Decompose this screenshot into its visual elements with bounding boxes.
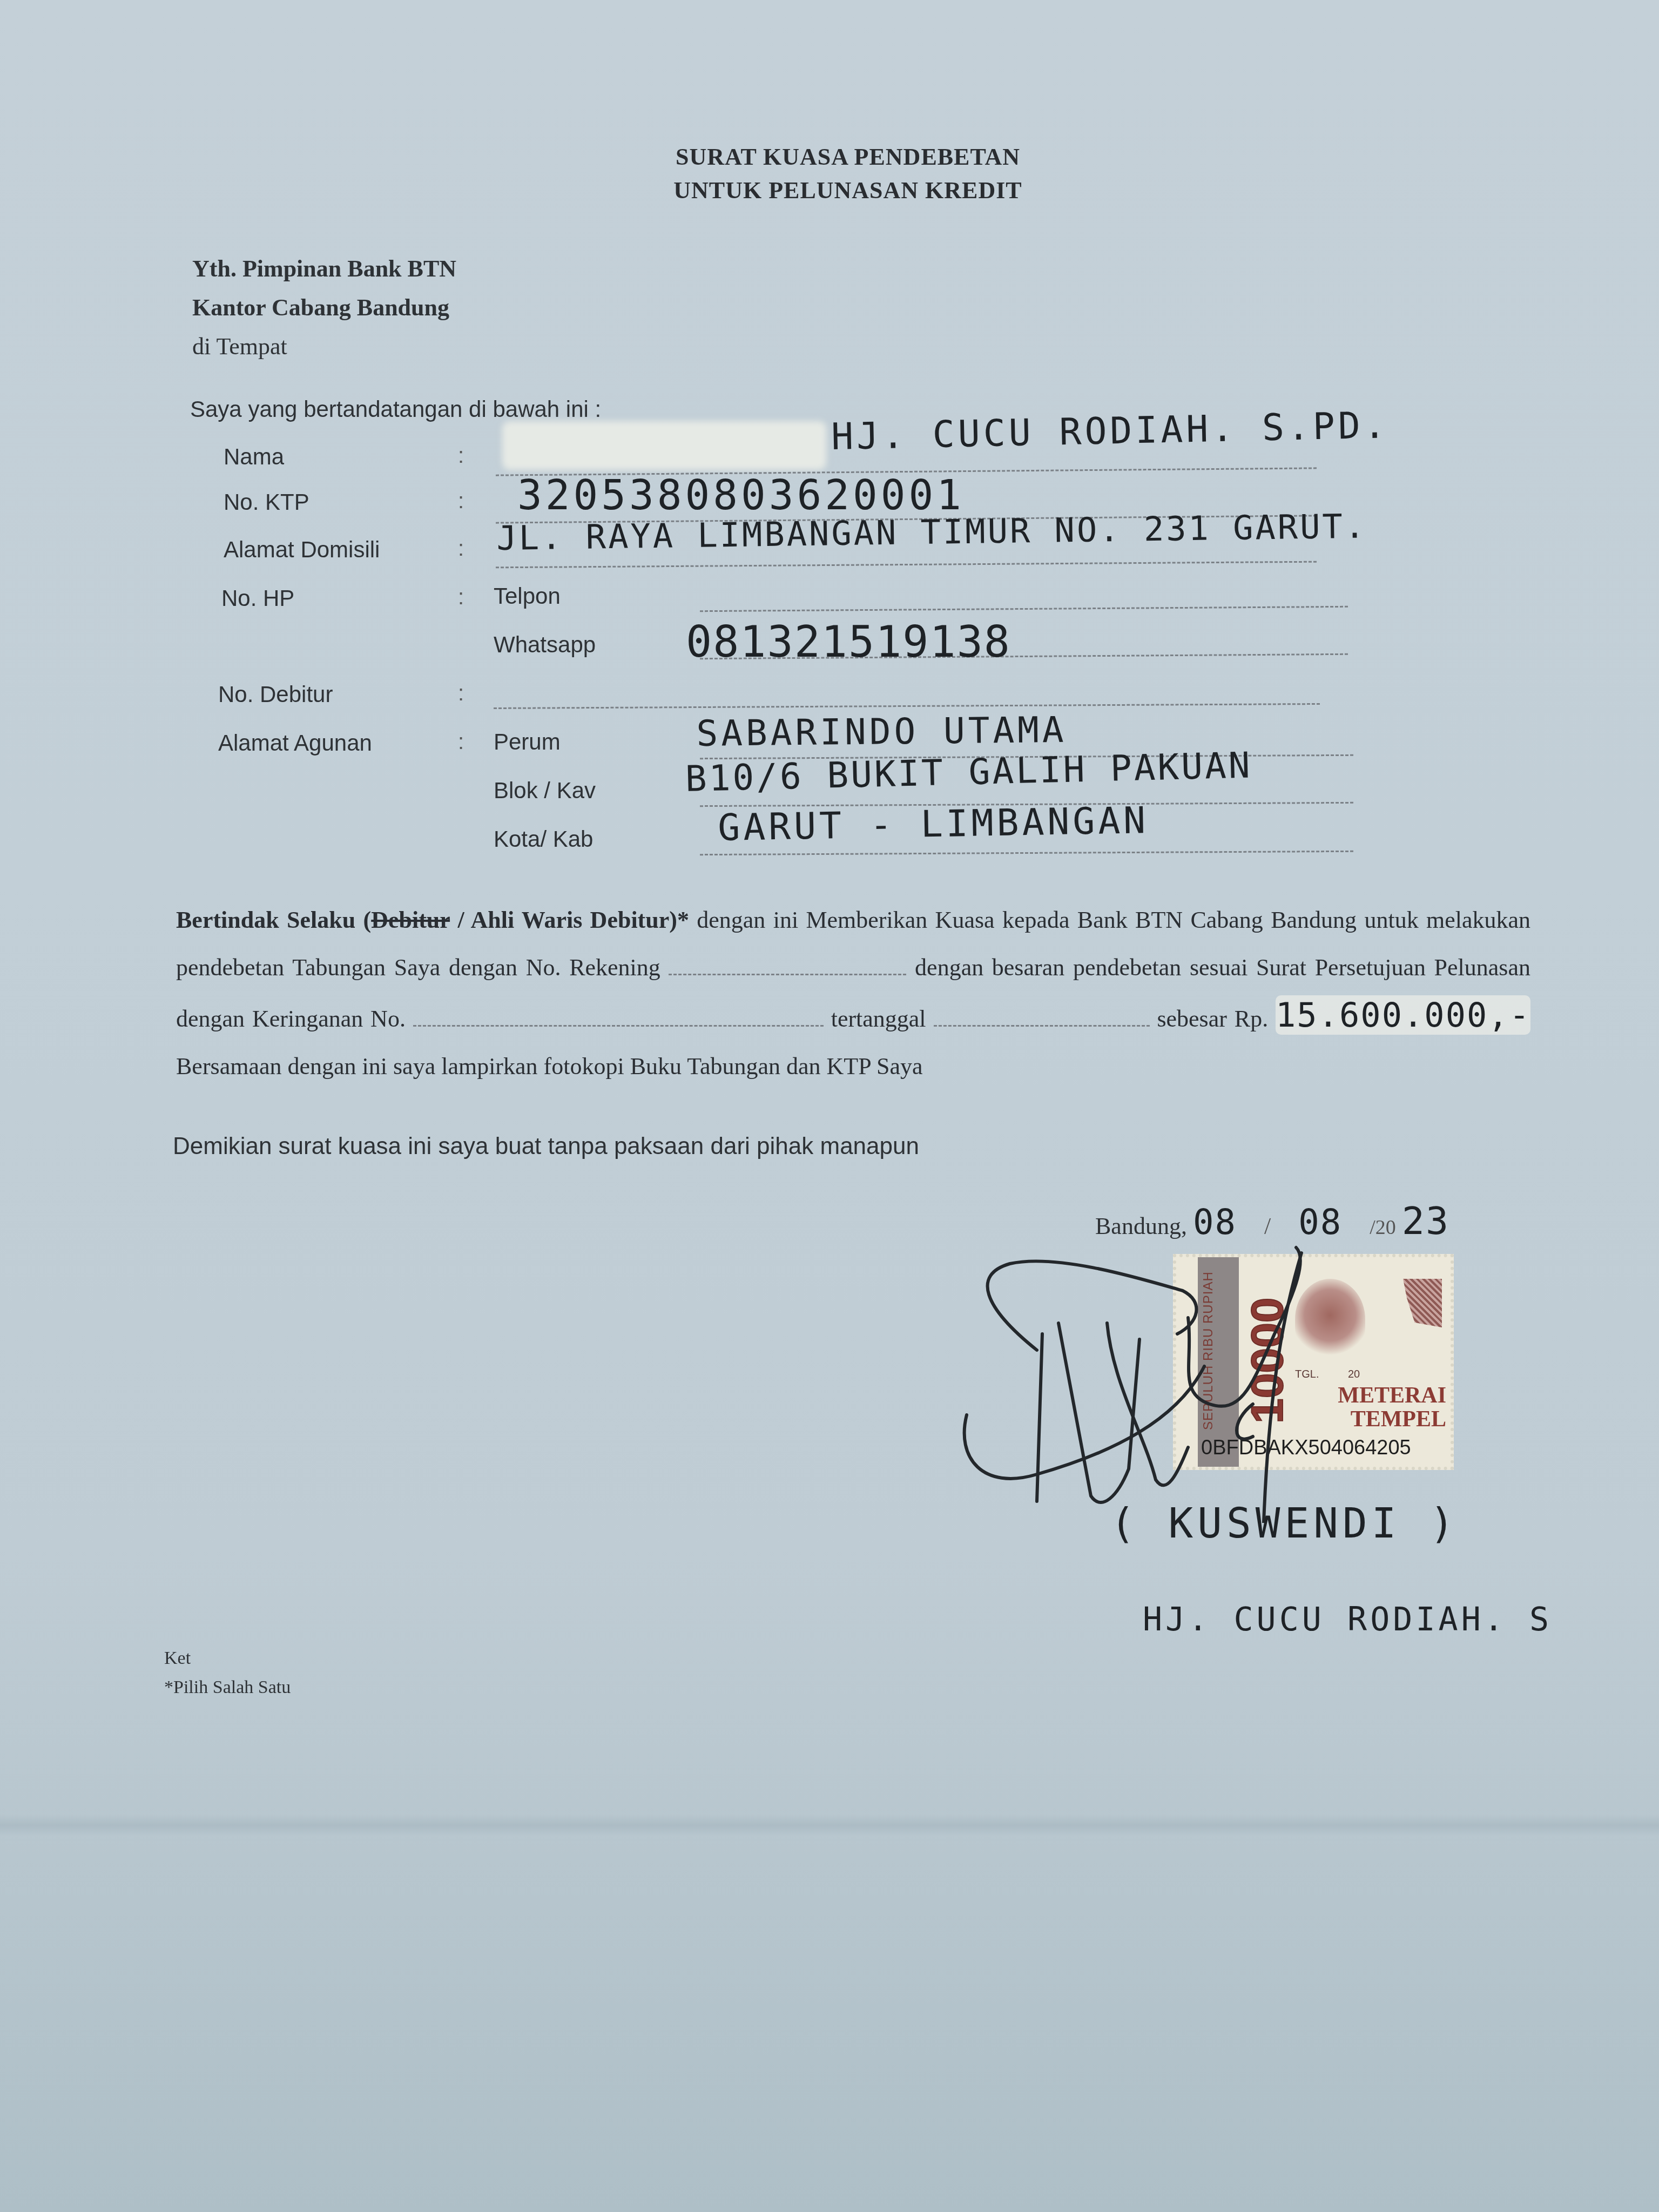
title-line-1: SURAT KUASA PENDEBETAN [637, 140, 1058, 174]
authorization-paragraph: Bertindak Selaku (Debitur / Ahli Waris D… [176, 896, 1530, 1090]
label-kota-kab: Kota/ Kab [494, 826, 593, 852]
colon-alamat-agunan: : [458, 730, 464, 754]
colon-no-debitur: : [458, 682, 464, 706]
paper-fold-shadow [0, 1815, 1659, 1836]
label-nama: Nama [224, 444, 284, 470]
colon-ktp: : [458, 489, 464, 514]
addressee-block: Yth. Pimpinan Bank BTN Kantor Cabang Ban… [192, 249, 456, 366]
alamat-domisili-underline [496, 561, 1317, 569]
addressee-line-3: di Tempat [192, 327, 456, 366]
amount-field[interactable]: 15.600.000,- [1276, 995, 1530, 1035]
date-day-field[interactable]: 08 [1193, 1203, 1237, 1243]
addressee-line-2: Kantor Cabang Bandung [192, 288, 456, 327]
place-date: Bandung, 08 / 08 /20 23 [1095, 1199, 1449, 1243]
addressee-line-1: Yth. Pimpinan Bank BTN [192, 249, 456, 288]
colon-nama: : [458, 444, 464, 468]
signatory-name-bracketed: ( KUSWENDI ) [1110, 1499, 1459, 1547]
label-telpon: Telpon [494, 583, 561, 609]
signature-icon[interactable] [950, 1242, 1491, 1523]
label-ktp: No. KTP [224, 489, 309, 515]
signatory-name-second: HJ. CUCU RODIAH. S [1143, 1601, 1552, 1638]
perum-field[interactable]: SABARINDO UTAMA [696, 709, 1067, 754]
paragraph-part-5: tertanggal [824, 1006, 934, 1032]
ktp-field[interactable]: 3205380803620001 [517, 471, 965, 519]
whatsapp-field[interactable]: 081321519138 [686, 617, 1011, 667]
no-debitur-underline [494, 703, 1320, 709]
label-no-hp: No. HP [221, 585, 294, 611]
intro-text: Saya yang bertandatangan di bawah ini : [190, 396, 601, 422]
paragraph-part-7: Bersamaan dengan ini saya lampirkan foto… [176, 1053, 923, 1080]
closing-statement: Demikian surat kuasa ini saya buat tanpa… [173, 1133, 919, 1160]
colon-no-hp: : [458, 585, 464, 610]
kota-kab-underline [700, 851, 1353, 855]
tertanggal-field[interactable] [934, 1020, 1150, 1027]
date-month-field[interactable]: 08 [1298, 1203, 1342, 1243]
paragraph-part-1: Bertindak Selaku ( [176, 907, 371, 933]
document-title: SURAT KUASA PENDEBETAN UNTUK PELUNASAN K… [637, 140, 1058, 207]
place-label: Bandung, [1095, 1213, 1187, 1239]
label-whatsapp: Whatsapp [494, 632, 596, 658]
label-alamat-agunan: Alamat Agunan [218, 730, 372, 756]
correction-fluid-mark [502, 421, 826, 470]
kota-kab-field[interactable]: GARUT - LIMBANGAN [718, 799, 1149, 849]
colon-alamat-domisili: : [458, 537, 464, 561]
nama-field[interactable]: HJ. CUCU RODIAH. S.PD. [831, 404, 1389, 458]
footnote: Ket *Pilih Salah Satu [164, 1644, 291, 1702]
label-alamat-domisili: Alamat Domisili [224, 537, 380, 563]
label-perum: Perum [494, 729, 561, 755]
footnote-note: *Pilih Salah Satu [164, 1673, 291, 1702]
label-blok-kav: Blok / Kav [494, 778, 596, 804]
date-year-field[interactable]: 23 [1402, 1199, 1449, 1243]
telpon-underline [700, 606, 1348, 612]
no-rekening-field[interactable] [669, 968, 906, 975]
date-separator: / [1264, 1213, 1271, 1239]
label-no-debitur: No. Debitur [218, 682, 333, 707]
no-keringanan-field[interactable] [413, 1020, 824, 1027]
title-line-2: UNTUK PELUNASAN KREDIT [637, 174, 1058, 207]
footnote-title: Ket [164, 1644, 291, 1673]
struck-debitur-option: Debitur [371, 907, 450, 933]
ahli-waris-option: / Ahli Waris Debitur)* [450, 907, 689, 933]
year-prefix: /20 [1370, 1216, 1396, 1239]
paragraph-part-6: sebesar Rp. [1150, 1006, 1276, 1032]
